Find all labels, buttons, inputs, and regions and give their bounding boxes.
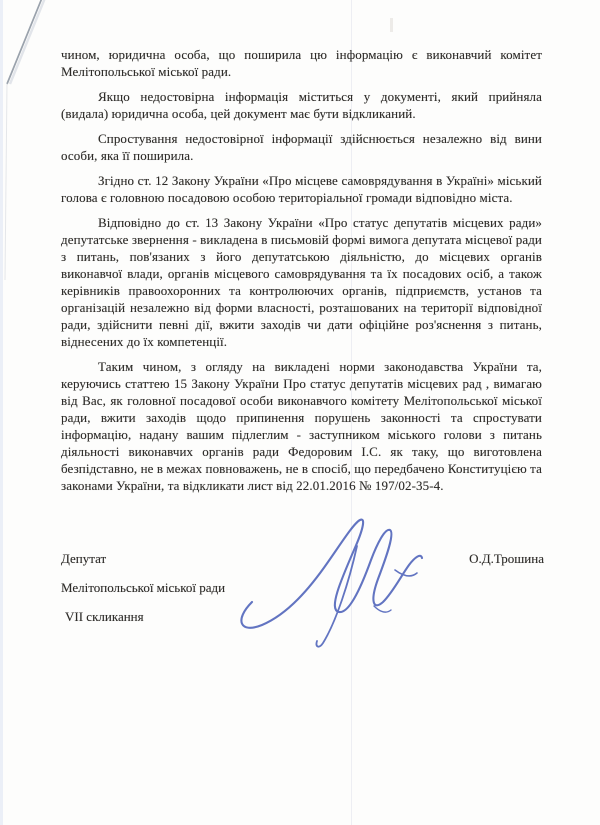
paragraph: Спростування недостовірної інформації зд…: [61, 130, 542, 164]
paragraph: чином, юридична особа, що поширила цю ін…: [61, 46, 542, 80]
signer-name: О.Д.Трошина: [469, 551, 544, 567]
signer-organization: Мелітопольської міської ради: [61, 580, 225, 596]
signer-convocation: VII скликання: [61, 609, 225, 625]
signer-title: Депутат: [61, 551, 225, 567]
scanned-document-page: чином, юридична особа, що поширила цю ін…: [0, 0, 600, 825]
paragraph: Згідно ст. 12 Закону України «Про місцев…: [61, 172, 542, 206]
document-body: чином, юридична особа, що поширила цю ін…: [61, 46, 542, 502]
paragraph: Якщо недостовірна інформація міститься у…: [61, 88, 542, 122]
signature-block: Депутат Мелітопольської міської ради VII…: [61, 551, 225, 638]
paragraph: Таким чином, з огляду на викладені норми…: [61, 358, 542, 494]
paragraph: Відповідно до ст. 13 Закону України «Про…: [61, 214, 542, 350]
scan-left-edge-tint: [0, 0, 3, 825]
signature-scribble: [228, 516, 428, 651]
